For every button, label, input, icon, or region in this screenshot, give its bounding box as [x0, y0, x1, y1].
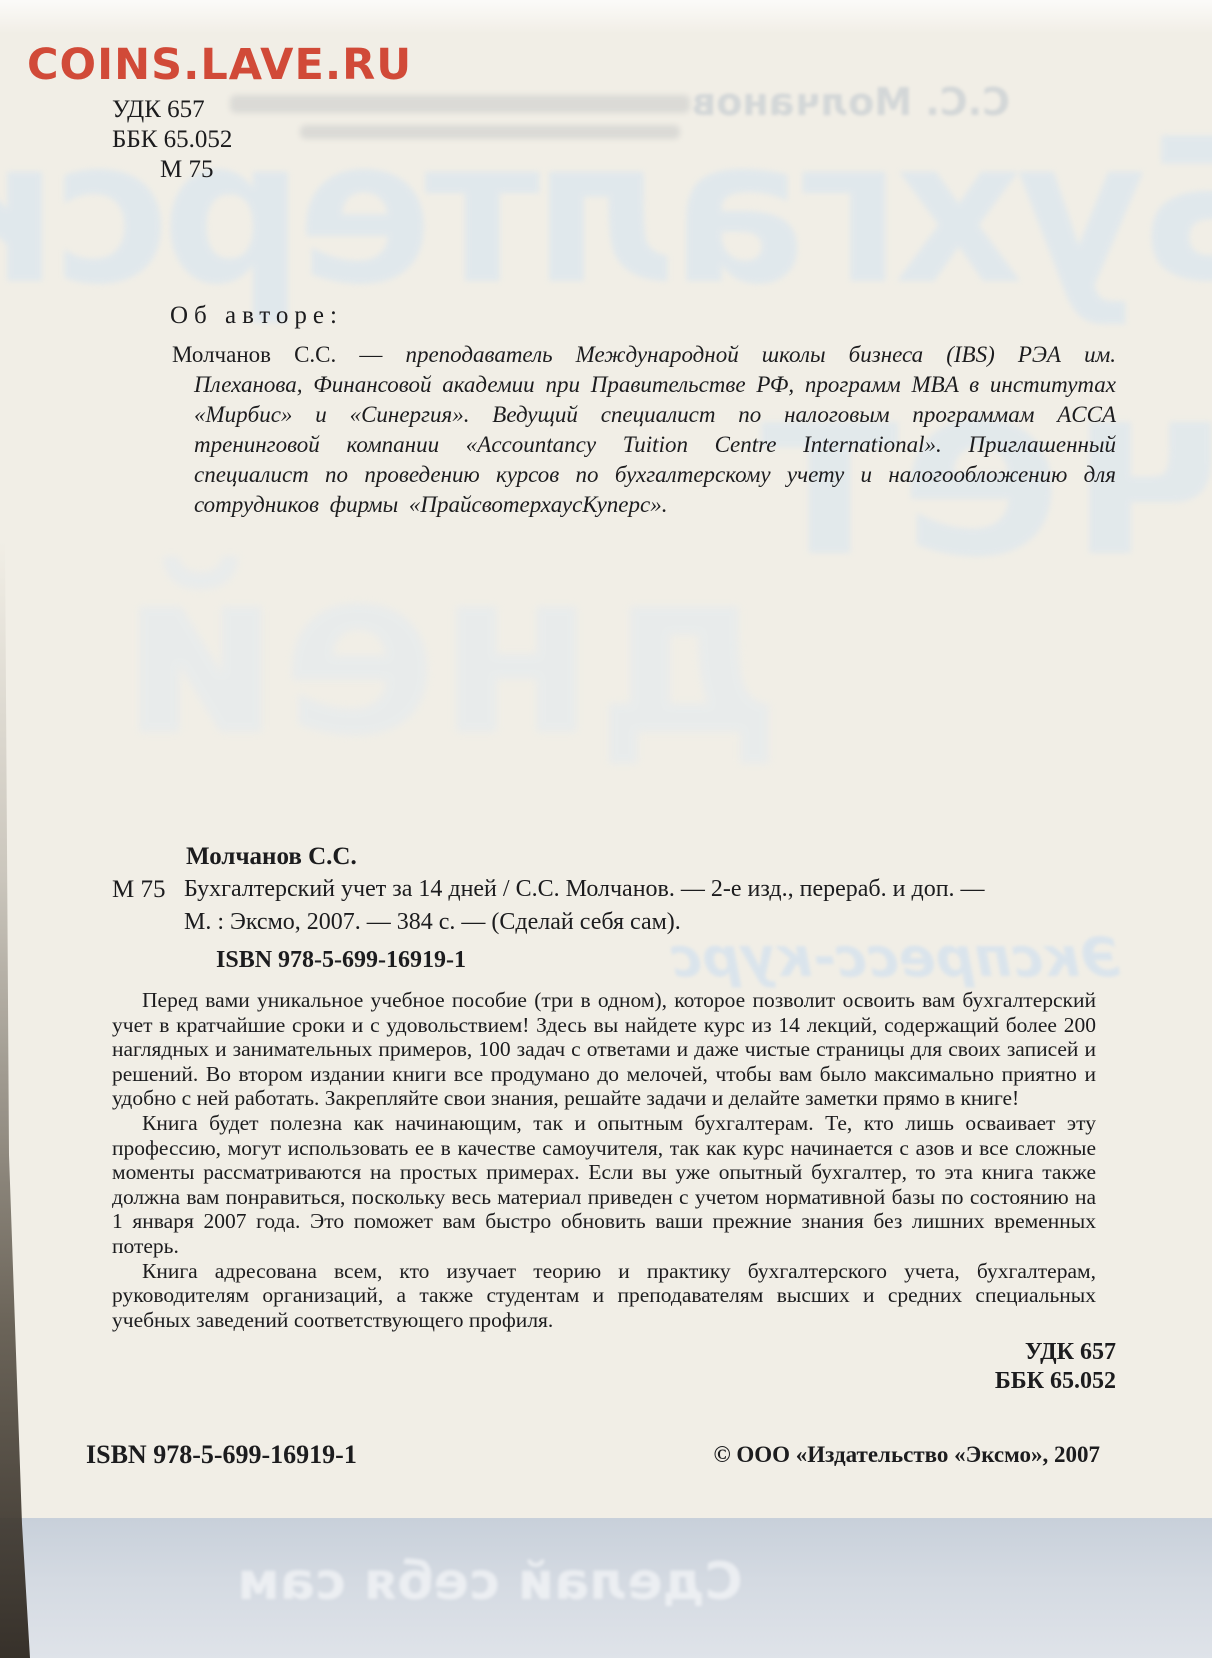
- author-sign-code: М 75: [160, 156, 213, 184]
- footer-codes-block: УДК 657 ББК 65.052: [995, 1338, 1116, 1396]
- watermark-site-logo: COINS.LAVE.RU: [27, 40, 412, 90]
- about-author-text: Молчанов С.С. — преподаватель Международ…: [172, 340, 1116, 520]
- bibliographic-author: Молчанов С.С.: [186, 843, 357, 871]
- about-author-description: преподаватель Международной школы бизнес…: [194, 342, 1116, 517]
- bibliographic-entry-line: Бухгалтерский учет за 14 дней / С.С. Мол…: [184, 876, 985, 903]
- bibliographic-entry-line: М. : Эксмо, 2007. — 384 с. — (Сделай себ…: [184, 909, 681, 936]
- annotation-block: Перед вами уникальное учебное пособие (т…: [112, 988, 1096, 1332]
- copyright-notice: © ООО «Издательство «Эксмо», 2007: [713, 1442, 1100, 1468]
- bibliographic-index: М 75: [112, 876, 165, 904]
- annotation-paragraph: Книга адресована всем, кто изучает теори…: [112, 1259, 1096, 1333]
- udk-code: УДК 657: [112, 96, 205, 124]
- footer-udk-code: УДК 657: [995, 1338, 1116, 1367]
- scanned-book-imprint-page: С.С. Молчанов Бухгалтерский учет дней Эк…: [0, 0, 1212, 1658]
- about-author-name: Молчанов С.С. —: [172, 342, 405, 367]
- footer-bbk-code: ББК 65.052: [995, 1367, 1116, 1396]
- annotation-paragraph: Книга будет полезна как начинающим, так …: [112, 1111, 1096, 1259]
- about-author-heading: Об авторе:: [170, 302, 343, 330]
- annotation-paragraph: Перед вами уникальное учебное пособие (т…: [112, 988, 1096, 1111]
- page-content: COINS.LAVE.RU УДК 657 ББК 65.052 М 75 Об…: [0, 0, 1212, 1658]
- isbn-number: ISBN 978-5-699-16919-1: [216, 947, 466, 974]
- footer-isbn: ISBN 978-5-699-16919-1: [86, 1440, 357, 1470]
- bbk-code: ББК 65.052: [112, 126, 232, 154]
